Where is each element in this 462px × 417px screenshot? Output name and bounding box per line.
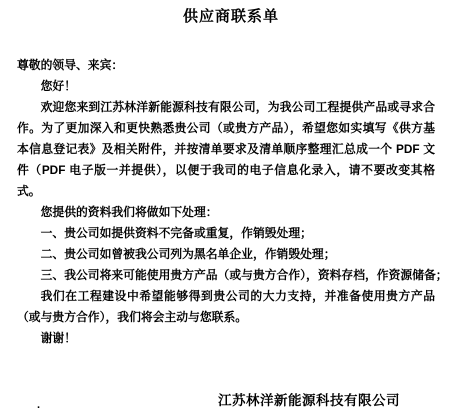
thanks-line: 谢谢！	[17, 328, 435, 349]
intro-paragraph: 欢迎您来到江苏林洋新能源科技有限公司，为我公司工程提供产品或寻求合作。为了更加深…	[17, 97, 435, 202]
company-signature: 江苏林洋新能源科技有限公司	[17, 393, 435, 409]
handling-item-2: 二、贵公司如曾被我公司列为黑名单企业，作销毁处理；	[17, 244, 435, 265]
greeting-line: 您好！	[17, 76, 435, 97]
document-title: 供应商联系单	[0, 8, 462, 26]
salutation-line: 尊敬的领导、来宾：	[17, 55, 435, 76]
closing-paragraph: 我们在工程建设中希望能够得到贵公司的大力支持，并准备使用贵方产品（或与贵方合作）…	[17, 286, 435, 328]
document-page: 供应商联系单 尊敬的领导、来宾： 您好！ 欢迎您来到江苏林洋新能源科技有限公司，…	[0, 0, 462, 417]
handling-intro-line: 您提供的资料我们将做如下处理：	[17, 202, 435, 223]
handling-item-3: 三、我公司将来可能使用贵方产品（或与贵方合作），资料存档，作资源储备；	[17, 265, 435, 286]
stray-period-mark: .	[37, 400, 40, 411]
document-body: 尊敬的领导、来宾： 您好！ 欢迎您来到江苏林洋新能源科技有限公司，为我公司工程提…	[0, 55, 462, 409]
handling-item-1: 一、贵公司如提供资料不完备或重复，作销毁处理；	[17, 223, 435, 244]
